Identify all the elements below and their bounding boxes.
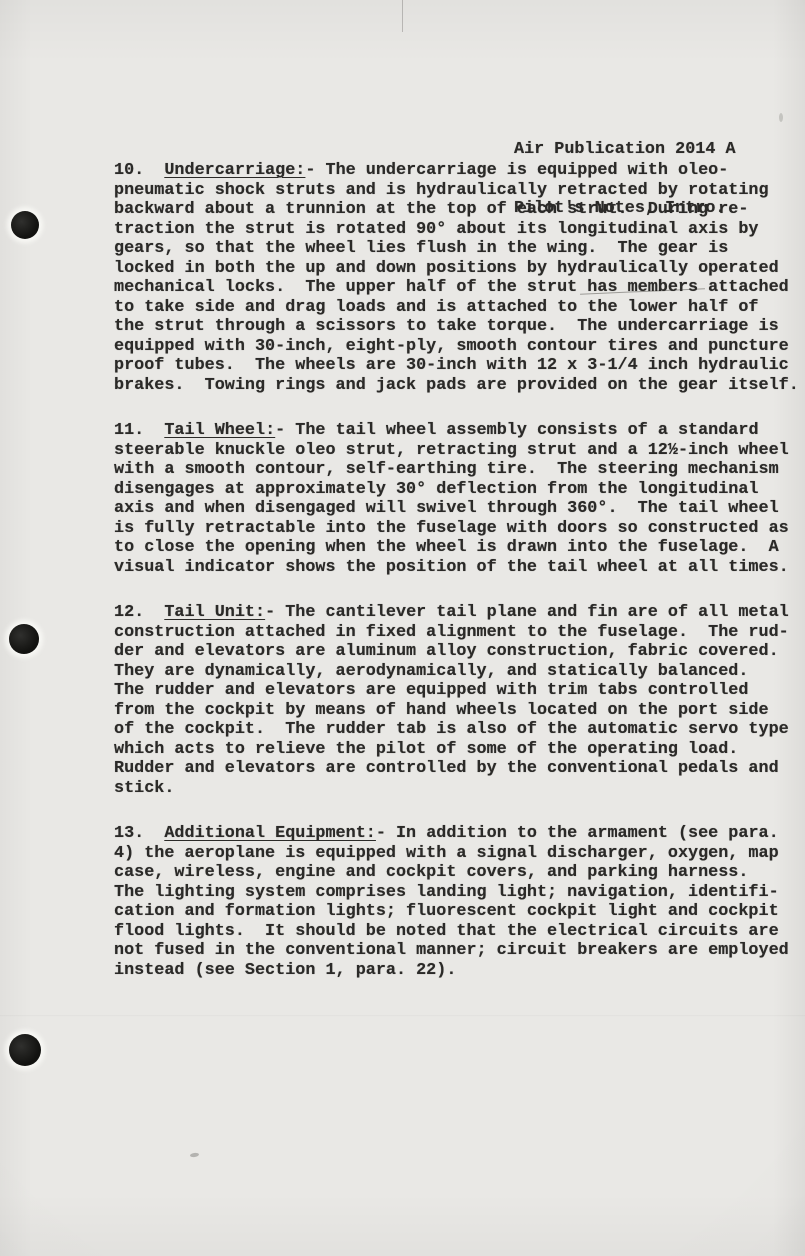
text-line: not fused in the conventional manner; ci…: [114, 941, 804, 961]
text-line: The lighting system comprises landing li…: [114, 883, 804, 903]
text-line: the strut through a scissors to take tor…: [114, 317, 804, 337]
text-line: backward about a trunnion at the top of …: [114, 200, 804, 220]
paragraph-first-line-text: - The undercarriage is equipped with ole…: [305, 161, 728, 180]
paragraph-heading: Undercarriage:: [164, 161, 305, 180]
paragraph-first-line: 13. Additional Equipment:- In addition t…: [114, 824, 804, 844]
text-line: traction the strut is rotated 90° about …: [114, 220, 804, 240]
text-line: which acts to relieve the pilot of some …: [114, 740, 804, 760]
scan-artifact-scratch-top: [402, 0, 403, 32]
punch-hole-top: [11, 211, 39, 239]
text-line: visual indicator shows the position of t…: [114, 558, 804, 578]
paragraph-13: 13. Additional Equipment:- In addition t…: [114, 824, 804, 980]
text-line: disengages at approximately 30° deflecti…: [114, 480, 804, 500]
punch-hole-middle: [9, 624, 39, 654]
header-publication-line: Air Publication 2014 A: [514, 140, 736, 160]
paragraph-number: 10.: [114, 161, 164, 180]
scan-artifact-smudge: [190, 1152, 199, 1157]
punch-hole-bottom: [9, 1034, 41, 1066]
paragraph-heading: Additional Equipment:: [164, 824, 375, 843]
text-line: gears, so that the wheel lies flush in t…: [114, 239, 804, 259]
paragraph-first-line-text: - The tail wheel assembly consists of a …: [275, 421, 758, 440]
text-line: flood lights. It should be noted that th…: [114, 922, 804, 942]
paragraph-11: 11. Tail Wheel:- The tail wheel assembly…: [114, 421, 804, 577]
text-line: with a smooth contour, self-earthing tir…: [114, 460, 804, 480]
text-line: brakes. Towing rings and jack pads are p…: [114, 376, 804, 396]
paragraph-heading: Tail Unit:: [164, 603, 265, 622]
text-line: pneumatic shock struts and is hydraulica…: [114, 181, 804, 201]
text-line: of the cockpit. The rudder tab is also o…: [114, 720, 804, 740]
paragraph-number: 12.: [114, 603, 164, 622]
text-line: mechanical locks. The upper half of the …: [114, 278, 804, 298]
text-line: axis and when disengaged will swivel thr…: [114, 499, 804, 519]
text-line: They are dynamically, aerodynamically, a…: [114, 662, 804, 682]
paragraph-first-line: 11. Tail Wheel:- The tail wheel assembly…: [114, 421, 804, 441]
scan-artifact-crease: [0, 1015, 805, 1017]
text-line: equipped with 30-inch, eight-ply, smooth…: [114, 337, 804, 357]
paragraph-first-line: 12. Tail Unit:- The cantilever tail plan…: [114, 603, 804, 623]
scanned-document-page: Air Publication 2014 A Pilot's Notes, In…: [0, 0, 805, 1256]
text-line: steerable knuckle oleo strut, retracting…: [114, 441, 804, 461]
paragraph-first-line-text: - In addition to the armament (see para.: [376, 824, 779, 843]
text-line: locked in both the up and down positions…: [114, 259, 804, 279]
text-line: cation and formation lights; fluorescent…: [114, 902, 804, 922]
paragraph-12: 12. Tail Unit:- The cantilever tail plan…: [114, 603, 804, 798]
paragraph-10: 10. Undercarriage:- The undercarriage is…: [114, 161, 804, 395]
paragraph-heading: Tail Wheel:: [164, 421, 275, 440]
paragraph-first-line-text: - The cantilever tail plane and fin are …: [265, 603, 789, 622]
text-line: proof tubes. The wheels are 30-inch with…: [114, 356, 804, 376]
text-line: der and elevators are aluminum alloy con…: [114, 642, 804, 662]
text-line: 4) the aeroplane is equipped with a sign…: [114, 844, 804, 864]
text-line: case, wireless, engine and cockpit cover…: [114, 863, 804, 883]
text-line: Rudder and elevators are controlled by t…: [114, 759, 804, 779]
text-line: instead (see Section 1, para. 22).: [114, 961, 804, 981]
text-line: is fully retractable into the fuselage w…: [114, 519, 804, 539]
text-line: The rudder and elevators are equipped wi…: [114, 681, 804, 701]
paragraph-first-line: 10. Undercarriage:- The undercarriage is…: [114, 161, 804, 181]
paragraph-number: 11.: [114, 421, 164, 440]
paragraphs-container: 10. Undercarriage:- The undercarriage is…: [114, 161, 804, 1006]
text-line: to close the opening when the wheel is d…: [114, 538, 804, 558]
scan-artifact-smudge: [779, 113, 783, 122]
paragraph-number: 13.: [114, 824, 164, 843]
text-line: from the cockpit by means of hand wheels…: [114, 701, 804, 721]
text-line: construction attached in fixed alignment…: [114, 623, 804, 643]
text-line: stick.: [114, 779, 804, 799]
text-line: to take side and drag loads and is attac…: [114, 298, 804, 318]
